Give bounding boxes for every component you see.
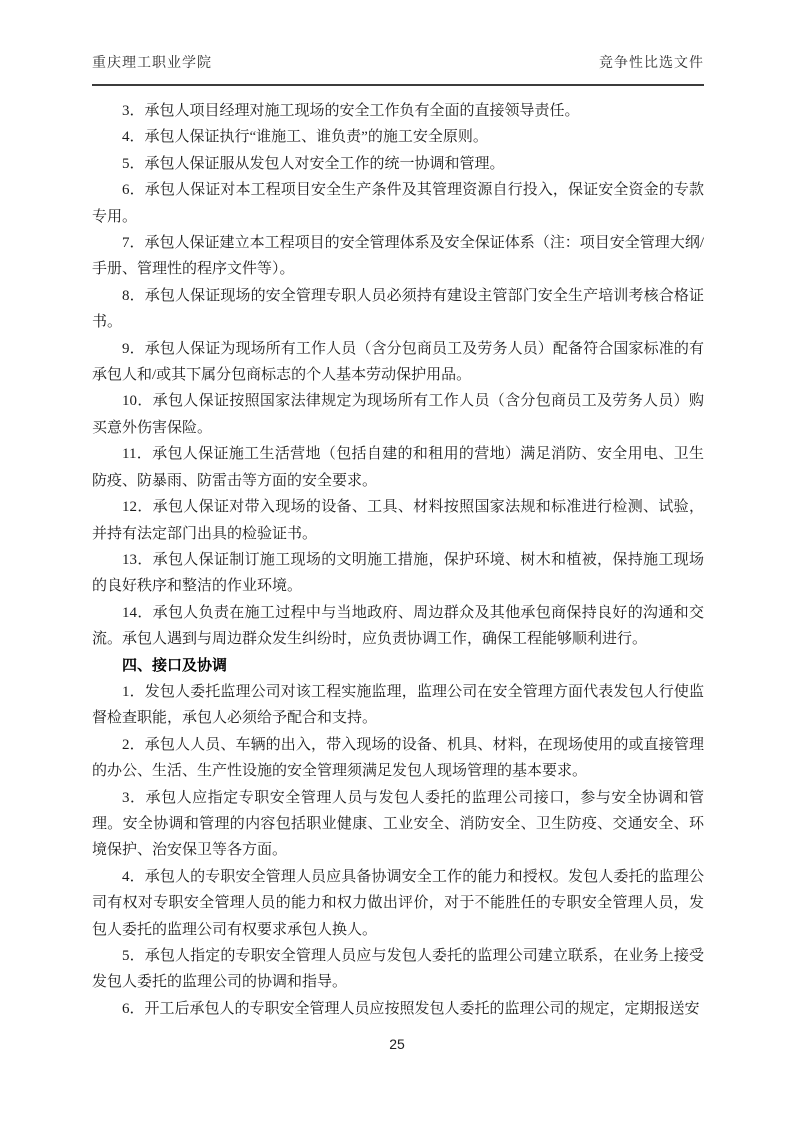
header-left-title: 重庆理工职业学院 bbox=[92, 52, 212, 72]
page-header: 重庆理工职业学院 竞争性比选文件 bbox=[92, 52, 704, 72]
paragraph: 2．承包人人员、车辆的出入，带入现场的设备、机具、材料，在现场使用的或直接管理的… bbox=[92, 732, 704, 785]
paragraph: 4．承包人保证执行“谁施工、谁负责”的施工安全原则。 bbox=[92, 124, 704, 150]
paragraph: 5．承包人指定的专职安全管理人员应与发包人委托的监理公司建立联系，在业务上接受发… bbox=[92, 943, 704, 996]
header-rule bbox=[92, 84, 704, 86]
paragraph: 3．承包人项目经理对施工现场的安全工作负有全面的直接领导责任。 bbox=[92, 98, 704, 124]
paragraph: 9．承包人保证为现场所有工作人员（含分包商员工及劳务人员）配备符合国家标准的有承… bbox=[92, 336, 704, 389]
paragraph: 11．承包人保证施工生活营地（包括自建的和租用的营地）满足消防、安全用电、卫生防… bbox=[92, 441, 704, 494]
paragraph: 5．承包人保证服从发包人对安全工作的统一协调和管理。 bbox=[92, 151, 704, 177]
paragraph: 8．承包人保证现场的安全管理专职人员必须持有建设主管部门安全生产培训考核合格证书… bbox=[92, 283, 704, 336]
paragraph: 3．承包人应指定专职安全管理人员与发包人委托的监理公司接口，参与安全协调和管理。… bbox=[92, 785, 704, 864]
paragraph: 13．承包人保证制订施工现场的文明施工措施，保护环境、树木和植被，保持施工现场的… bbox=[92, 547, 704, 600]
paragraph: 7．承包人保证建立本工程项目的安全管理体系及安全保证体系（注：项目安全管理大纲/… bbox=[92, 230, 704, 283]
paragraph: 4．承包人的专职安全管理人员应具备协调安全工作的能力和授权。发包人委托的监理公司… bbox=[92, 864, 704, 943]
header-right-title: 竞争性比选文件 bbox=[599, 52, 704, 72]
paragraph: 6．开工后承包人的专职安全管理人员应按照发包人委托的监理公司的规定，定期报送安 bbox=[92, 996, 704, 1022]
document-page: 重庆理工职业学院 竞争性比选文件 3．承包人项目经理对施工现场的安全工作负有全面… bbox=[0, 0, 794, 1122]
page-number: 25 bbox=[389, 1036, 405, 1052]
paragraph: 1．发包人委托监理公司对该工程实施监理，监理公司在安全管理方面代表发包人行使监督… bbox=[92, 679, 704, 732]
document-body: 3．承包人项目经理对施工现场的安全工作负有全面的直接领导责任。4．承包人保证执行… bbox=[92, 98, 704, 1022]
section-heading: 四、接口及协调 bbox=[92, 653, 704, 679]
paragraph: 10．承包人保证按照国家法律规定为现场所有工作人员（含分包商员工及劳务人员）购买… bbox=[92, 388, 704, 441]
paragraph: 12．承包人保证对带入现场的设备、工具、材料按照国家法规和标准进行检测、试验，并… bbox=[92, 494, 704, 547]
paragraph: 6．承包人保证对本工程项目安全生产条件及其管理资源自行投入，保证安全资金的专款专… bbox=[92, 177, 704, 230]
paragraph: 14．承包人负责在施工过程中与当地政府、周边群众及其他承包商保持良好的沟通和交流… bbox=[92, 600, 704, 653]
page-footer: 25 bbox=[0, 1036, 794, 1052]
